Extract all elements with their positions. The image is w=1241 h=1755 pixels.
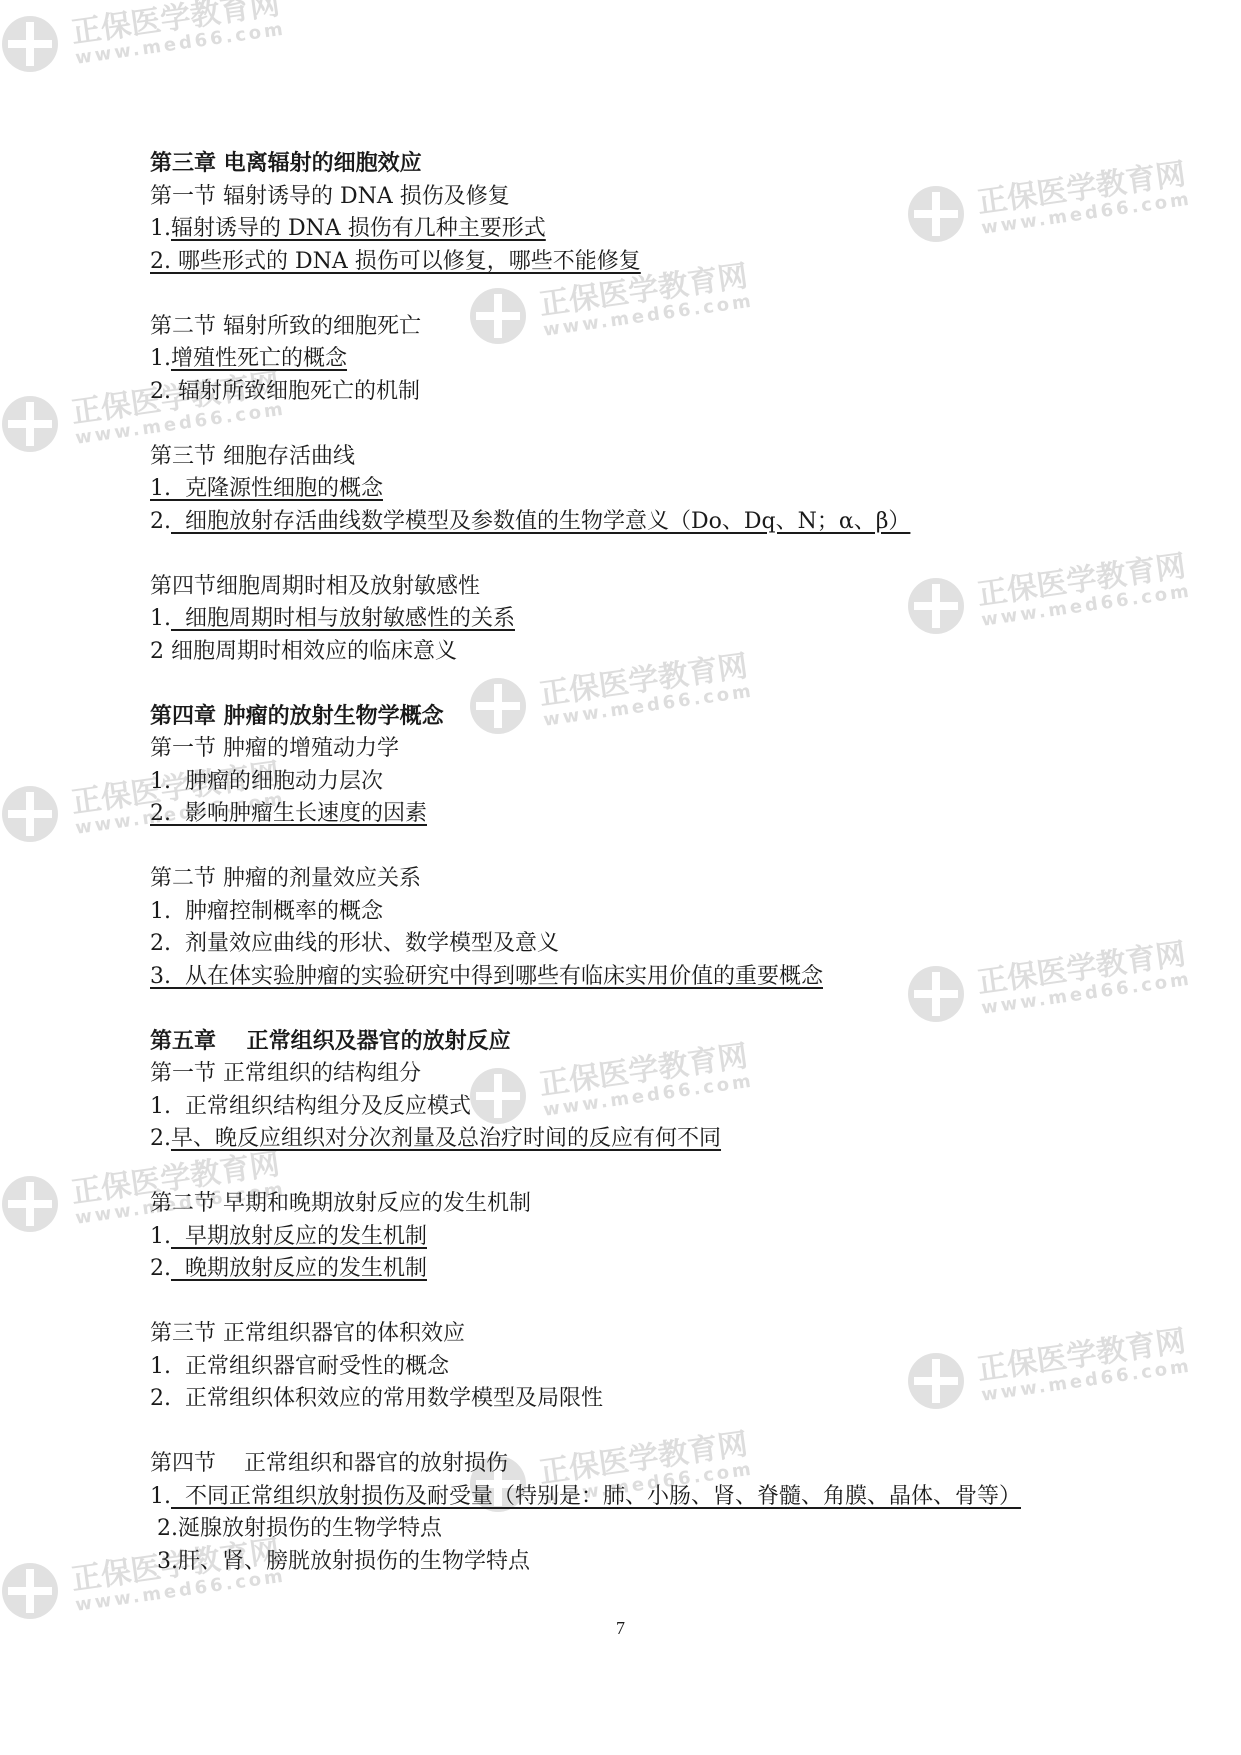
medical-cross-circle-icon [2, 16, 58, 72]
list-item: 1. 细胞周期时相与放射敏感性的关系 [150, 603, 1110, 636]
list-item: 3. 从在体实验肿瘤的实验研究中得到哪些有临床实用价值的重要概念 [150, 961, 1110, 994]
section-title: 第三节 正常组织器官的体积效应 [150, 1318, 1110, 1351]
section-title: 第四节细胞周期时相及放射敏感性 [150, 571, 1110, 604]
list-item: 2. 辐射所致细胞死亡的机制 [150, 376, 1110, 409]
list-item: 1. 正常组织结构组分及反应模式 [150, 1091, 1110, 1124]
chapter-title: 第五章 正常组织及器官的放射反应 [150, 1026, 1110, 1059]
list-item: 2 细胞周期时相效应的临床意义 [150, 636, 1110, 669]
section-title: 第一节 正常组织的结构组分 [150, 1058, 1110, 1091]
medical-cross-circle-icon [2, 786, 58, 842]
document-body: 第三章 电离辐射的细胞效应 第一节 辐射诱导的 DNA 损伤及修复 1.辐射诱导… [150, 148, 1110, 1578]
list-item: 1. 肿瘤控制概率的概念 [150, 896, 1110, 929]
medical-cross-circle-icon [2, 396, 58, 452]
chapter-title: 第四章 肿瘤的放射生物学概念 [150, 701, 1110, 734]
list-item: 2.涎腺放射损伤的生物学特点 [150, 1513, 1110, 1546]
list-item: 2. 晚期放射反应的发生机制 [150, 1253, 1110, 1286]
list-item: 2. 细胞放射存活曲线数学模型及参数值的生物学意义（Do、Dq、N；α、β） [150, 506, 1110, 539]
list-item: 1. 肿瘤的细胞动力层次 [150, 766, 1110, 799]
section-title: 第二节 肿瘤的剂量效应关系 [150, 863, 1110, 896]
list-item: 2. 影响肿瘤生长速度的因素 [150, 798, 1110, 831]
list-item: 1. 早期放射反应的发生机制 [150, 1221, 1110, 1254]
list-item: 1. 克隆源性细胞的概念 [150, 473, 1110, 506]
watermark: 正保医学教育网 www.med66.com [2, 8, 262, 88]
list-item: 3.肝、肾、膀胱放射损伤的生物学特点 [150, 1546, 1110, 1579]
section-title: 第三节 细胞存活曲线 [150, 441, 1110, 474]
list-item: 1. 正常组织器官耐受性的概念 [150, 1351, 1110, 1384]
list-item: 1.增殖性死亡的概念 [150, 343, 1110, 376]
chapter-title: 第三章 电离辐射的细胞效应 [150, 148, 1110, 181]
section-title: 第一节 辐射诱导的 DNA 损伤及修复 [150, 181, 1110, 214]
section-title: 第四节 正常组织和器官的放射损伤 [150, 1448, 1110, 1481]
section-title: 第二节 早期和晚期放射反应的发生机制 [150, 1188, 1110, 1221]
section-title: 第二节 辐射所致的细胞死亡 [150, 311, 1110, 344]
medical-cross-circle-icon [2, 1176, 58, 1232]
document-page: 正保医学教育网 www.med66.com 正保医学教育网 www.med66.… [0, 0, 1241, 1755]
list-item: 2.早、晚反应组织对分次剂量及总治疗时间的反应有何不同 [150, 1123, 1110, 1156]
section-title: 第一节 肿瘤的增殖动力学 [150, 733, 1110, 766]
list-item: 2. 哪些形式的 DNA 损伤可以修复，哪些不能修复 [150, 246, 1110, 279]
list-item: 2. 正常组织体积效应的常用数学模型及局限性 [150, 1383, 1110, 1416]
watermark-url: www.med66.com [74, 18, 287, 68]
page-number: 7 [0, 1618, 1241, 1639]
medical-cross-circle-icon [2, 1563, 58, 1619]
list-item: 1.辐射诱导的 DNA 损伤有几种主要形式 [150, 213, 1110, 246]
list-item: 1. 不同正常组织放射损伤及耐受量（特别是：肺、小肠、肾、脊髓、角膜、晶体、骨等… [150, 1481, 1110, 1514]
watermark-text: 正保医学教育网 [68, 0, 282, 52]
list-item: 2. 剂量效应曲线的形状、数学模型及意义 [150, 928, 1110, 961]
